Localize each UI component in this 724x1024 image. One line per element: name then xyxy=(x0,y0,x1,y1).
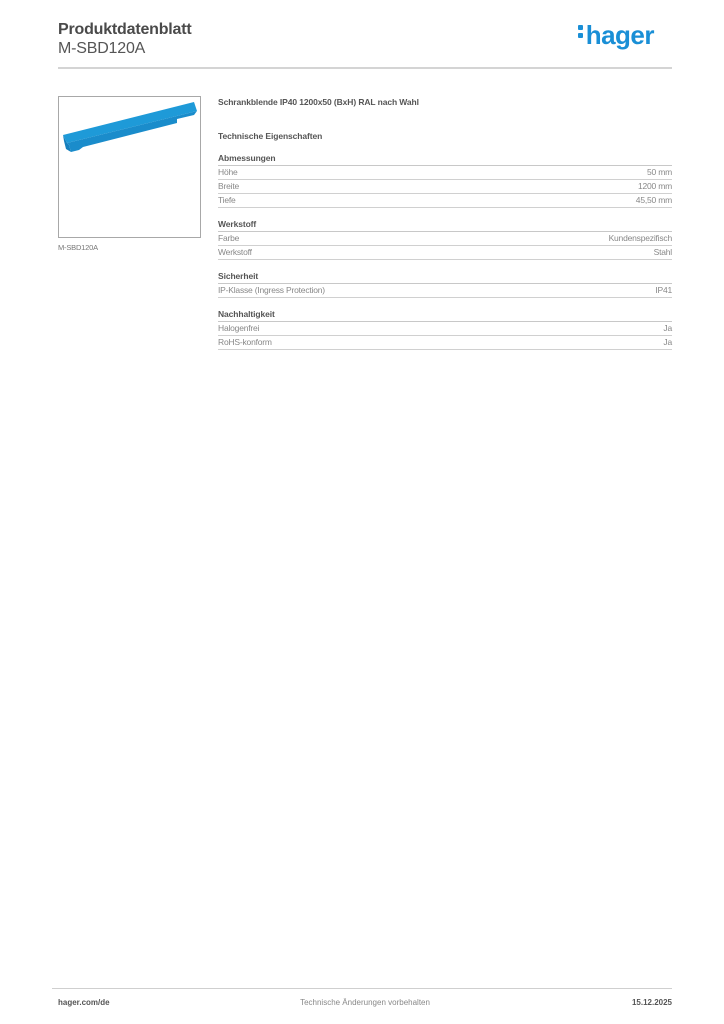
product-name: Schrankblende IP40 1200x50 (BxH) RAL nac… xyxy=(218,96,672,108)
spec-label: Werkstoff xyxy=(218,246,252,259)
header-divider xyxy=(58,67,672,69)
spec-row: Breite1200 mm xyxy=(218,180,672,194)
footer-date: 15.12.2025 xyxy=(632,998,672,1008)
spec-label: Breite xyxy=(218,180,239,193)
document-header: Produktdatenblatt M-SBD120A hager xyxy=(58,20,672,58)
product-image xyxy=(58,96,201,238)
spec-group: NachhaltigkeitHalogenfreiJaRoHS-konformJ… xyxy=(218,308,672,350)
footer-note: Technische Änderungen vorbehalten xyxy=(58,998,672,1008)
hager-logo: hager xyxy=(578,20,654,50)
spec-label: Höhe xyxy=(218,166,238,179)
product-image-graphic xyxy=(59,97,200,237)
spec-row: WerkstoffStahl xyxy=(218,246,672,260)
spec-value: 50 mm xyxy=(647,166,672,179)
spec-row: IP-Klasse (Ingress Protection)IP41 xyxy=(218,284,672,298)
spec-row: Tiefe45,50 mm xyxy=(218,194,672,208)
spec-value: IP41 xyxy=(655,284,672,297)
spec-label: Tiefe xyxy=(218,194,236,207)
spec-group: WerkstoffFarbeKundenspezifischWerkstoffS… xyxy=(218,218,672,260)
spec-row: RoHS-konformJa xyxy=(218,336,672,350)
spec-label: Farbe xyxy=(218,232,239,245)
product-details: Schrankblende IP40 1200x50 (BxH) RAL nac… xyxy=(218,96,672,350)
spec-group-title: Nachhaltigkeit xyxy=(218,308,672,322)
spec-group: AbmessungenHöhe50 mmBreite1200 mmTiefe45… xyxy=(218,152,672,208)
spec-group: SicherheitIP-Klasse (Ingress Protection)… xyxy=(218,270,672,298)
footer-divider xyxy=(52,988,672,989)
spec-value: 1200 mm xyxy=(638,180,672,193)
image-caption: M-SBD120A xyxy=(58,243,98,252)
spec-groups: AbmessungenHöhe50 mmBreite1200 mmTiefe45… xyxy=(218,152,672,350)
spec-value: Kundenspezifisch xyxy=(609,232,672,245)
section-title: Technische Eigenschaften xyxy=(218,130,672,142)
logo-colon-icon xyxy=(578,22,584,41)
spec-value: Stahl xyxy=(654,246,672,259)
spec-row: Höhe50 mm xyxy=(218,166,672,180)
spec-label: Halogenfrei xyxy=(218,322,259,335)
logo-text: hager xyxy=(586,20,654,50)
spec-group-title: Sicherheit xyxy=(218,270,672,284)
footer-website-link[interactable]: hager.com/de xyxy=(58,998,110,1008)
spec-group-title: Werkstoff xyxy=(218,218,672,232)
spec-group-title: Abmessungen xyxy=(218,152,672,166)
spec-label: RoHS-konform xyxy=(218,336,272,349)
spec-label: IP-Klasse (Ingress Protection) xyxy=(218,284,325,297)
spec-value: Ja xyxy=(663,322,672,335)
spec-row: HalogenfreiJa xyxy=(218,322,672,336)
spec-value: 45,50 mm xyxy=(636,194,672,207)
spec-row: FarbeKundenspezifisch xyxy=(218,232,672,246)
spec-value: Ja xyxy=(663,336,672,349)
